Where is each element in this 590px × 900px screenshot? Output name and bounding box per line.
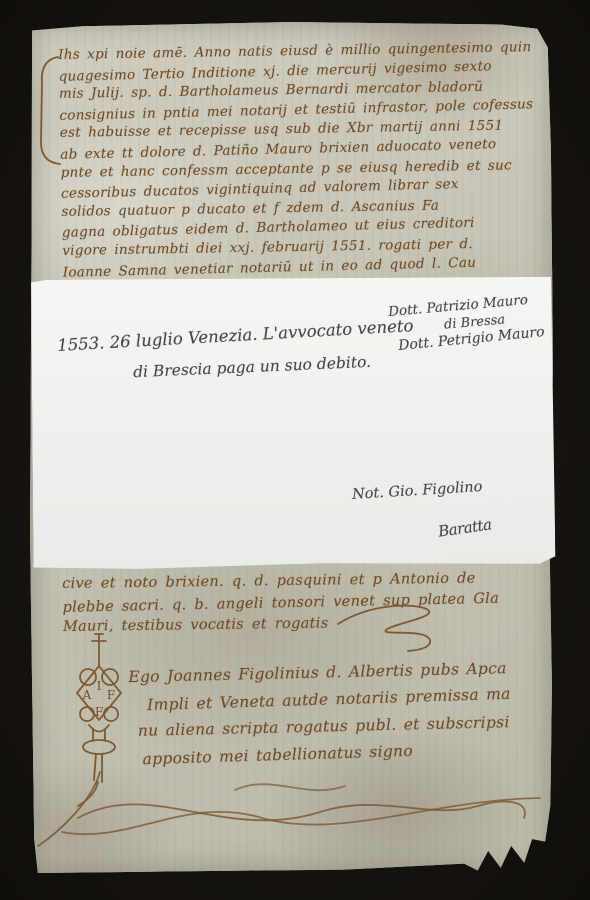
photo: Ihs xpi noie amē. Anno natis eiusd è mil… [0, 0, 590, 900]
notarial-closing: Ego Joannes Figolinius d. Albertis pubs … [128, 654, 541, 773]
manuscript-paragraph-2: cive et noto brixien. q. d. pasquini et … [62, 567, 543, 640]
manuscript-paragraph-1: Ihs xpi noie amē. Anno natis eiusd è mil… [58, 37, 553, 282]
